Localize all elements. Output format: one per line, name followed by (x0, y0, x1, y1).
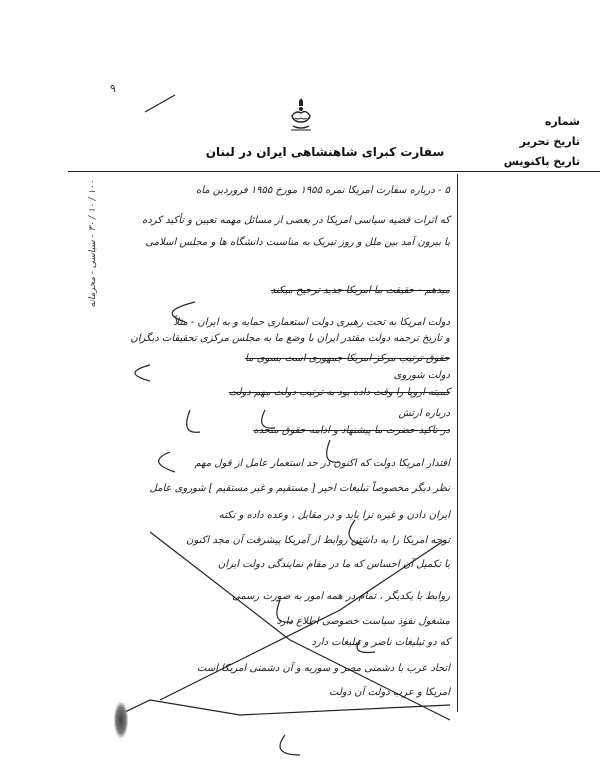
ink-blot (114, 702, 128, 738)
handwritten-line: که اثرات قضیه سیاسی امریکا در بعضی از مس… (142, 215, 450, 226)
page-number-mark: ٩ (110, 82, 116, 95)
handwritten-line: میدهم - حقیقت ما امریکا جدید ترجیح میکند (271, 285, 450, 296)
handwritten-line: امریکا و عرب دولت آن دولت (329, 687, 450, 698)
handwritten-margin-note: ١٠٠ / ۱۰ / ۳۰ - سیاسی - محرمانه (88, 180, 98, 307)
handwritten-line: در تاکید حضرت ما پیشنهاد و ادامه حقوق مت… (253, 425, 450, 436)
embassy-letterhead-title: سفارت کبرای شاهنشاهی ایران در لبنان (205, 145, 445, 159)
handwritten-line: اقتدار امریکا دولت که اکنون در حد استعما… (195, 458, 451, 469)
handwritten-line: و تاریخ ترجمه دولت مقتدر ایران با وضع ما… (130, 333, 450, 344)
handwritten-line: روابط با یکدیگر ، تمام در همه امور به صو… (232, 591, 450, 602)
handwritten-line: درباره ارتش (399, 408, 451, 419)
letter-meta-fields: شماره تاریخ تحریر تاریخ پاکنویس (450, 112, 580, 172)
handwritten-line: با بیرون آمد بین ملل و روز تبریک به مناس… (145, 237, 450, 248)
margin-divider-line (457, 174, 458, 712)
handwritten-line: توجه امریکا را به داشتن روابط از آمریکا … (186, 535, 450, 546)
handwritten-line: با تکمیل آن احساس که ما در مقام نمایندگی… (218, 559, 450, 570)
field-draft-date-label: تاریخ تحریر (450, 132, 580, 152)
handwritten-line: که دو تبلیغات ناصر و تبلیغات دارد (312, 637, 451, 648)
handwritten-line: دولت شوروی (394, 370, 450, 381)
header-divider-line (68, 171, 600, 172)
handwritten-line: نظر دیگر مخصوصاً تبلیغات اخیر [ مستقیم و… (150, 483, 450, 494)
field-number-label: شماره (450, 112, 580, 132)
handwritten-line: اتحاد عرب با دشمنی مصر و سوریه و آن دشمن… (197, 663, 450, 674)
field-clean-copy-date-label: تاریخ پاکنویس (450, 152, 580, 172)
handwritten-line: حقوق ترتیب مرکز امریکا جمهوری است بسوی م… (245, 353, 450, 364)
handwritten-line: مشغول نفوذ سیاست خصوصی اطلاع دارد (276, 616, 450, 627)
handwritten-line: ایران دادن و غیره ترا باید و در مقابل ، … (219, 510, 450, 521)
handwritten-line: دولت امریکا به تحت رهبری دولت استعماری ح… (173, 317, 450, 328)
handwritten-line: کمیته اروپا را وقت داده بود به ترتیب دول… (229, 387, 450, 398)
scanned-letter-page: ٩ سفارت کبرای شاهنشاهی ایران در لبنان شم… (0, 0, 600, 762)
handwritten-line: ۵ - درباره سفارت امریکا نمره ۱۹۵۵ مورخ ۱… (196, 185, 450, 196)
lion-and-sun-emblem-icon (286, 96, 316, 136)
